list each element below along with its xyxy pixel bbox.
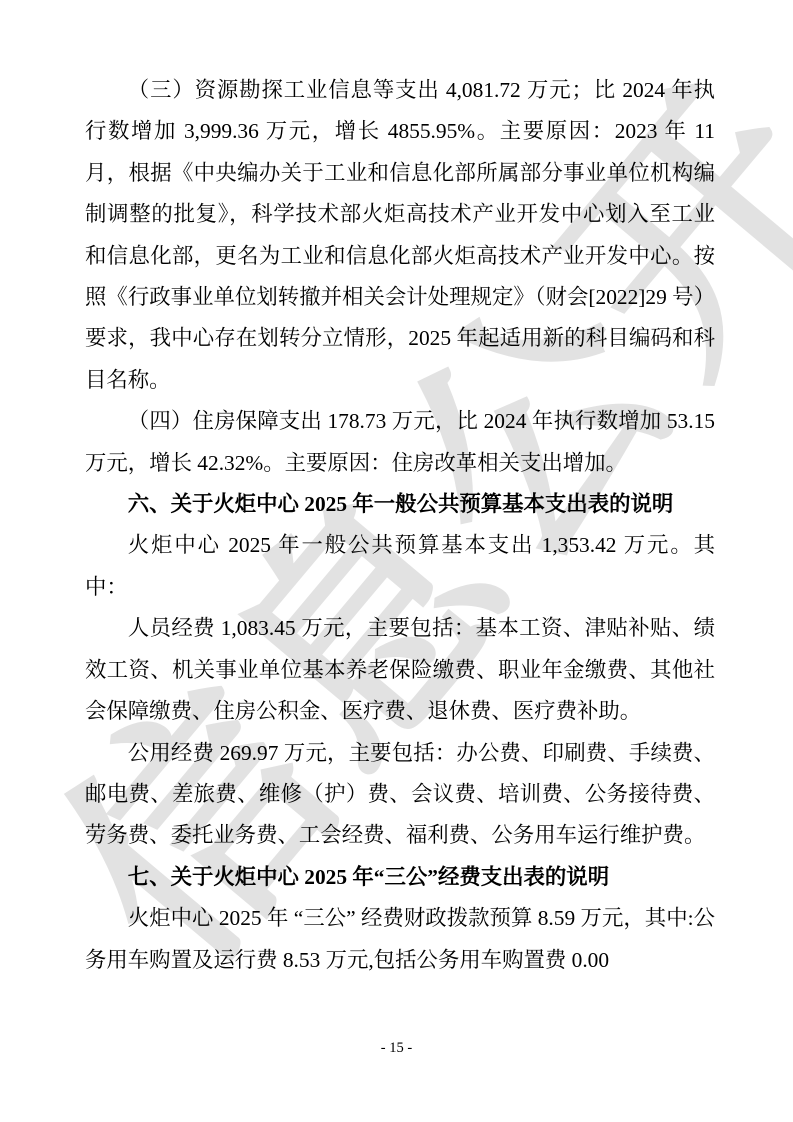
paragraph-basic-expenditure-total: 火炬中心 2025 年一般公共预算基本支出 1,353.42 万元。其中： — [85, 525, 715, 608]
document-content: （三）资源勘探工业信息等支出 4,081.72 万元；比 2024 年执行数增加… — [0, 0, 793, 981]
document-page: 信息公开 （三）资源勘探工业信息等支出 4,081.72 万元；比 2024 年… — [0, 0, 793, 1122]
page-number: - 15 - — [381, 1040, 412, 1056]
paragraph-public-funds: 公用经费 269.97 万元，主要包括：办公费、印刷费、手续费、邮电费、差旅费、… — [85, 733, 715, 857]
paragraph-three-public-funds: 火炬中心 2025 年 “三公” 经费财政拨款预算 8.59 万元，其中:公务用… — [85, 898, 715, 981]
paragraph-expenditure-item-4: （四）住房保障支出 178.73 万元，比 2024 年执行数增加 53.15 … — [85, 401, 715, 484]
paragraph-expenditure-item-3: （三）资源勘探工业信息等支出 4,081.72 万元；比 2024 年执行数增加… — [85, 70, 715, 401]
section-heading-7: 七、关于火炬中心 2025 年“三公”经费支出表的说明 — [85, 857, 715, 898]
section-heading-6: 六、关于火炬中心 2025 年一般公共预算基本支出表的说明 — [85, 484, 715, 525]
paragraph-personnel-funds: 人员经费 1,083.45 万元，主要包括：基本工资、津贴补贴、绩效工资、机关事… — [85, 608, 715, 732]
page-footer: - 15 - — [0, 1038, 793, 1058]
